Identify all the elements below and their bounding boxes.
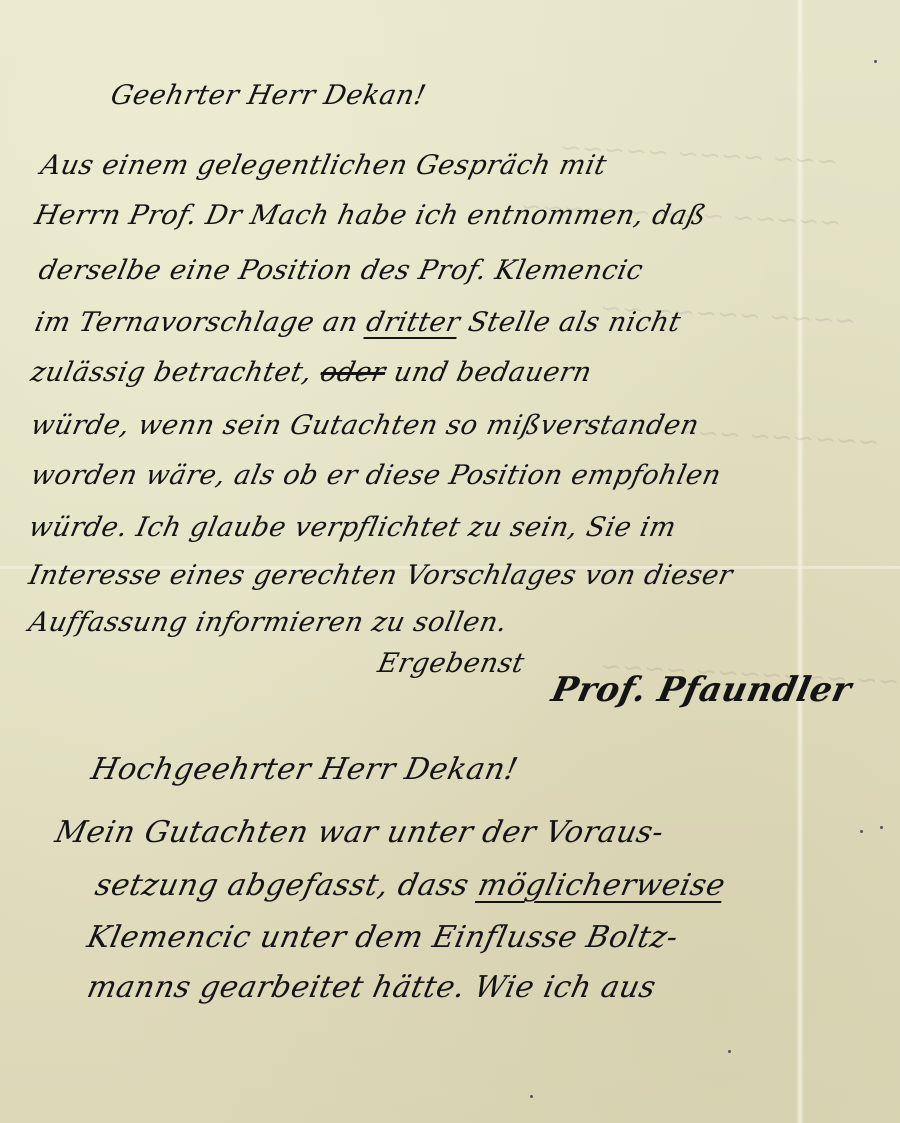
letter1-salutation: Geehrter Herr Dekan! [108,80,429,111]
paper-speck [880,826,883,829]
letter1-line: zulässig betrachtet, oder und bedauern [28,357,595,388]
letter1-line: worden wäre, als ob er diese Position em… [28,460,724,491]
letter1-line: Auffassung informieren zu sollen. [26,607,510,638]
letter1-line: derselbe eine Position des Prof. Klemenc… [36,255,646,286]
struck-word: oder [318,357,389,388]
paper-speck [728,1050,731,1053]
underlined-word: dritter [364,307,464,338]
letter1-line-part: zulässig betrachtet, [28,357,315,388]
letter2-line: Klemencic unter dem Einflusse Boltz- [84,920,681,955]
paper-speck [530,1095,533,1098]
letter1-line: würde, wenn sein Gutachten so mißverstan… [28,410,702,441]
paper-speck [874,60,877,63]
letter2-line-part: setzung abgefasst, dass [92,868,472,903]
letter1-line: im Ternavorschlage an dritter Stelle als… [32,307,684,338]
letter2-line: Mein Gutachten war unter der Voraus- [52,815,667,850]
paper-speck [860,830,863,833]
letter1-line: Aus einem gelegentlichen Gespräch mit [38,150,610,181]
letter2-salutation: Hochgeehrter Herr Dekan! [88,752,521,787]
underlined-word: möglicherweise [475,868,729,903]
letter1-line-part: Stelle als nicht [466,307,684,338]
letter1-line-part: und bedauern [391,357,595,388]
letter1-closing: Ergebenst [375,648,527,679]
letter1-signature: Prof. Pfaundler [548,670,855,710]
letter1-line: Interesse eines gerechten Vorschlages vo… [26,560,736,591]
letter1-line: Herrn Prof. Dr Mach habe ich entnommen, … [32,200,709,231]
letter1-line: würde. Ich glaube verpflichtet zu sein, … [26,512,679,543]
letter1-line-part: im Ternavorschlage an [32,307,361,338]
letter2-line: setzung abgefasst, dass möglicherweise [92,868,729,903]
letter2-line: manns gearbeitet hätte. Wie ich aus [84,970,659,1005]
